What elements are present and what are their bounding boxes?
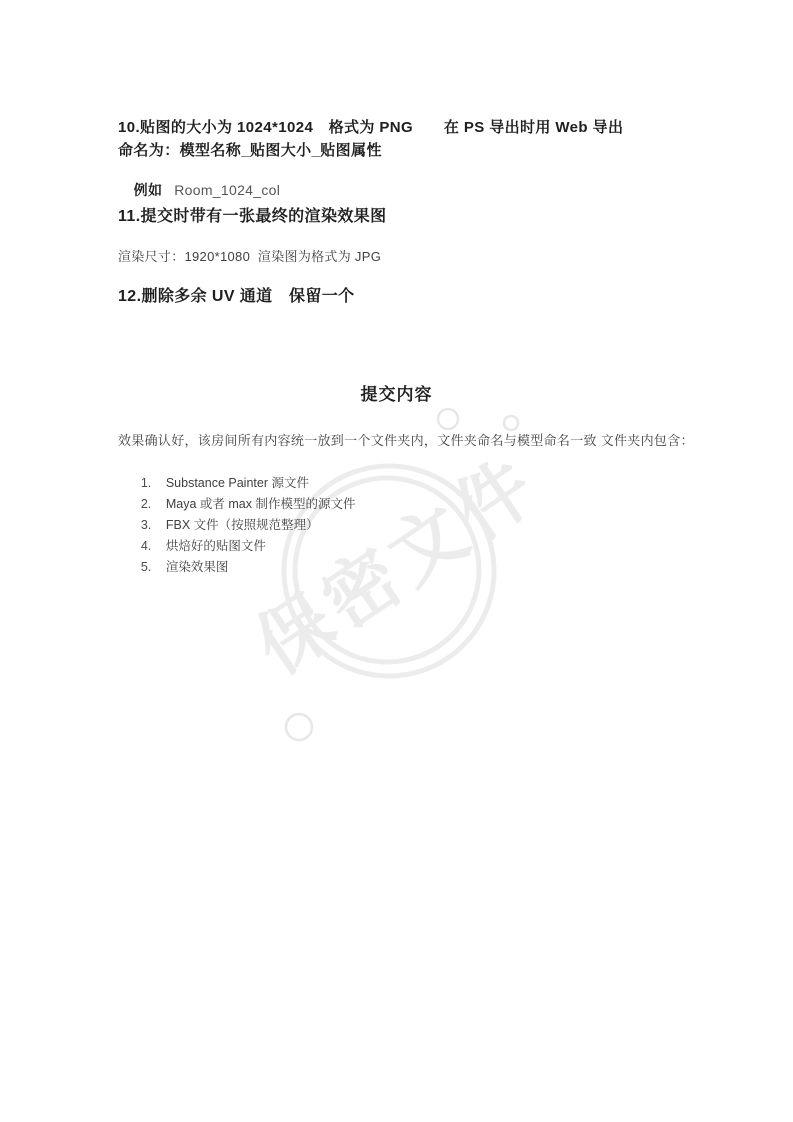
stamp-bubble-top-left-icon (438, 409, 458, 429)
list-item-text: Substance Painter 源文件 (166, 476, 309, 490)
list-item-text: 渲染效果图 (166, 560, 229, 574)
item10-line1: 10.贴图的大小为 1024*1024 格式为 PNG 在 PS 导出时用 We… (118, 118, 623, 137)
list-item-text: 烘焙好的贴图文件 (166, 539, 266, 553)
list-item-number: 4. (141, 536, 166, 557)
example-filename: Room_1024_col (174, 182, 280, 198)
list-item-number: 2. (141, 494, 166, 515)
list-item-text: Maya 或者 max 制作模型的源文件 (166, 497, 356, 511)
list-item-number: 5. (141, 557, 166, 578)
item10-line2: 命名为：模型名称_贴图大小_贴图属性 (118, 141, 382, 160)
item11-body: 渲染尺寸：1920*1080 渲染图为格式为 JPG (118, 247, 381, 266)
document-page: 保密文件 10.贴图的大小为 1024*1024 格式为 PNG 在 PS 导出… (0, 0, 793, 1122)
example-label: 例如 (134, 182, 163, 198)
stamp-bubble-bottom-icon (286, 714, 312, 740)
list-item: 1.Substance Painter 源文件 (120, 452, 355, 473)
submit-content-heading: 提交内容 (0, 385, 793, 404)
list-item-number: 1. (141, 473, 166, 494)
item12-heading: 12.删除多余 UV 通道 保留一个 (118, 287, 355, 306)
submit-intro: 效果确认好，该房间所有内容统一放到一个文件夹内，文件夹命名与模型命名一致 文件夹… (118, 431, 694, 450)
item11-heading: 11.提交时带有一张最终的渲染效果图 (118, 207, 387, 226)
stamp-bubble-top-right-icon (504, 416, 518, 430)
submit-file-list: 1.Substance Painter 源文件 2.Maya 或者 max 制作… (120, 452, 355, 557)
list-item-text: FBX 文件（按照规范整理） (166, 518, 319, 532)
list-item-number: 3. (141, 515, 166, 536)
